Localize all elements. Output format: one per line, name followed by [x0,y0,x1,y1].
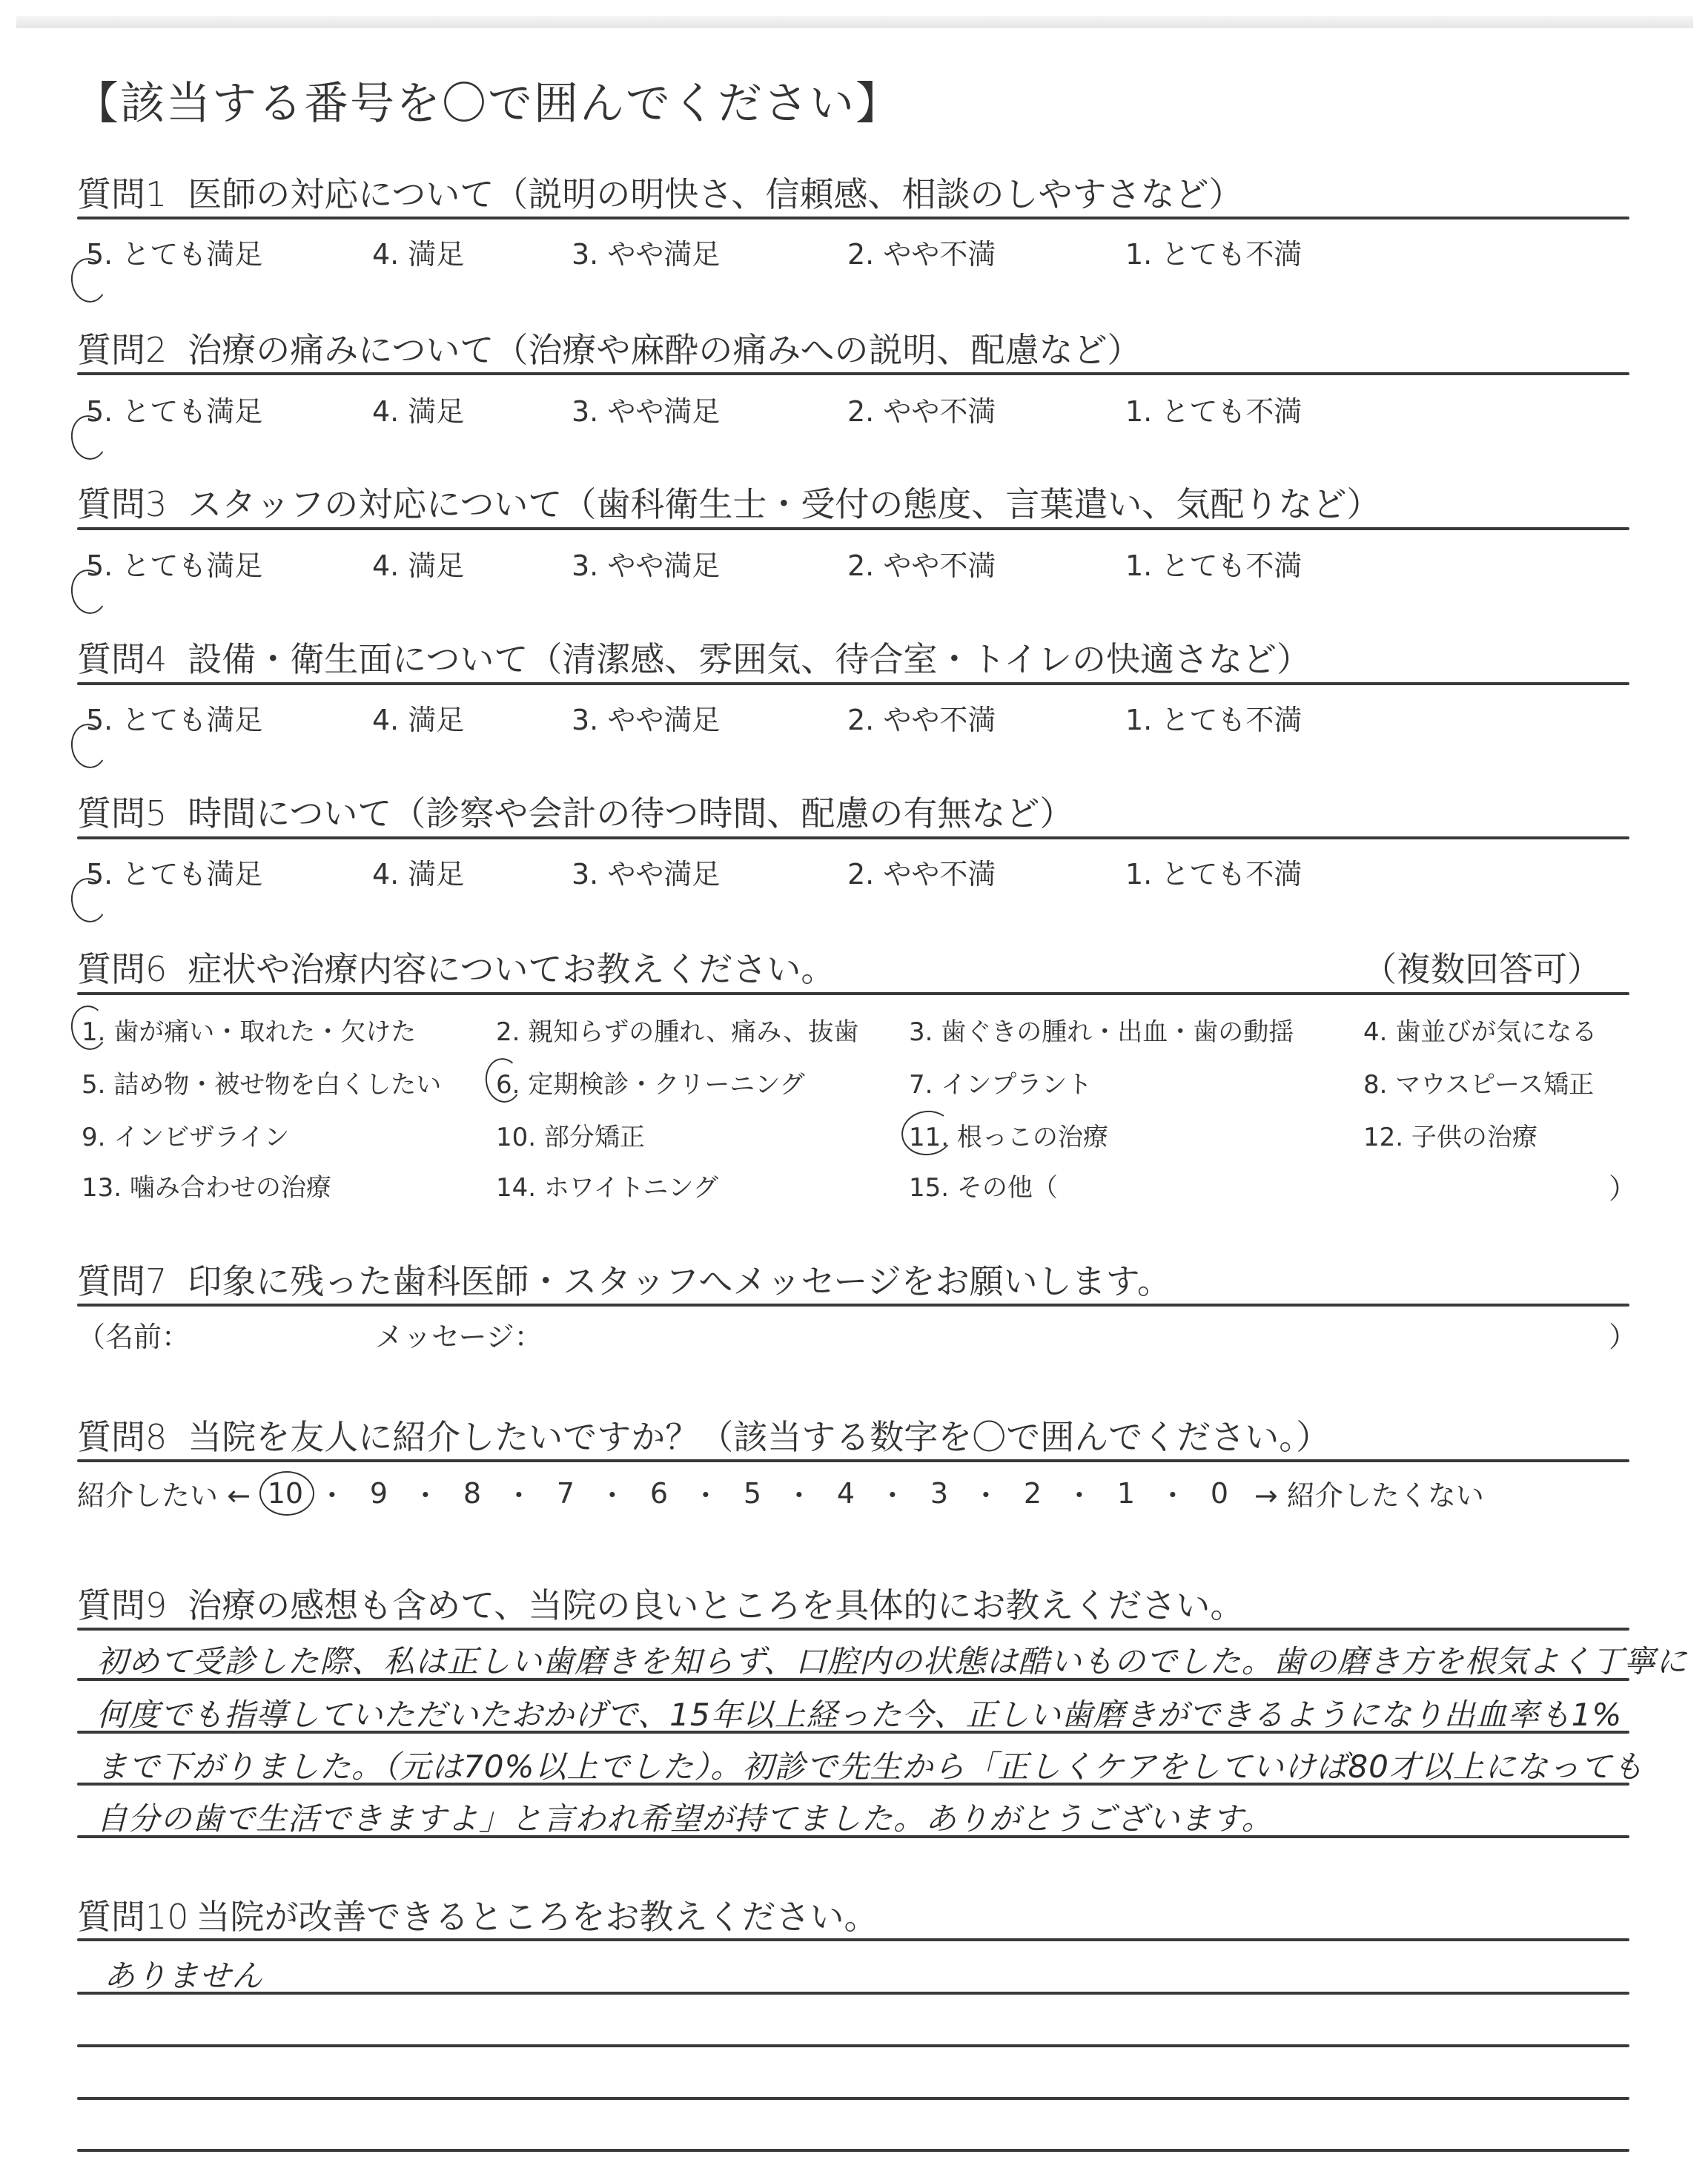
option-label: 4. 満足 [372,549,464,582]
recommend-left-label: 紹介したい ← [77,1473,251,1513]
option-label: 1. とても不満 [1125,395,1302,428]
q6-option-3[interactable]: 3. 歯ぐきの腫れ・出血・歯の動揺 [909,1011,1294,1048]
q1-option-4[interactable]: 4. 満足 [372,231,464,272]
answer-line [77,1678,1629,1681]
scale-6[interactable]: 6 [636,1477,682,1510]
option-label: 3. やや満足 [572,238,720,271]
option-label: 3. やや満足 [572,395,720,428]
option-label: 部分矯正 [544,1123,645,1152]
question-label: 質問9 [77,1585,167,1625]
scale-8[interactable]: 8 [449,1477,495,1510]
answer-line [77,1992,1629,1995]
question-8-heading: 質問8当院を友人に紹介したいですか？（該当する数字を〇で囲んでください。） [77,1410,1330,1459]
q6-option-11[interactable]: 11. 根っこの治療 [909,1117,1108,1153]
question-4-underline [77,682,1629,685]
question-text: 症状や治療内容についてお教えください。 [188,949,835,989]
answer-line [77,1835,1629,1838]
q5-option-1[interactable]: 1. とても不満 [1125,851,1302,892]
option-label: 2. やや不満 [847,549,996,582]
option-label: 歯並びが気になる [1395,1017,1597,1047]
q4-option-5[interactable]: 5. とても満足 [82,697,262,738]
option-label: 2. やや不満 [847,858,996,891]
scale-10[interactable]: 10 [262,1477,308,1510]
q3-option-4[interactable]: 4. 満足 [372,543,464,584]
separator: ・ [962,1473,1010,1513]
multiple-answer-note: （複数回答可） [1363,942,1601,991]
scale-4[interactable]: 4 [823,1477,869,1510]
separator: ・ [869,1473,916,1513]
answer-line [77,1731,1629,1734]
recommend-scale: 紹介したい ← 10 ・ 9 ・ 8 ・ 7 ・ 6 ・ 5 ・ 4 ・ 3 ・… [77,1473,1484,1513]
question-label: 質問10 [77,1897,189,1937]
q3-option-5[interactable]: 5. とても満足 [82,543,262,584]
separator: ・ [308,1473,356,1513]
option-label: 5. とても満足 [86,858,262,891]
option-label: 1. とても不満 [1125,238,1302,271]
scale-9[interactable]: 9 [356,1477,402,1510]
option-label: 親知らずの腫れ、痛み、抜歯 [528,1017,858,1047]
scale-0[interactable]: 0 [1196,1477,1242,1510]
other-close-paren: ） [1609,1166,1637,1206]
option-label: 4. 満足 [372,858,464,891]
option-label: 3. やや満足 [572,858,720,891]
answer-line [77,1783,1629,1786]
q4-option-3[interactable]: 3. やや満足 [572,697,720,738]
q6-option-15-other[interactable]: 15. その他（ [909,1167,1058,1203]
separator: ・ [1056,1473,1103,1513]
option-label: 2. やや不満 [847,238,996,271]
q6-option-9[interactable]: 9. インビザライン [82,1117,289,1153]
q6-option-5[interactable]: 5. 詰め物・被せ物を白くしたい [82,1064,441,1100]
question-8-underline [77,1459,1629,1462]
option-label: 歯が痛い・取れた・欠けた [113,1017,416,1047]
option-label: 3. やや満足 [572,704,720,736]
scale-5[interactable]: 5 [729,1477,775,1510]
answer-line [77,2149,1629,2152]
option-label: 詰め物・被せ物を白くしたい [113,1070,441,1100]
question-1-heading: 質問1医師の対応について（説明の明快さ、信頼感、相談のしやすさなど） [77,168,1243,217]
option-number: 4. [1363,1017,1387,1047]
option-number: 14. [496,1173,536,1203]
question-text: スタッフの対応について（歯科衛生士・受付の態度、言葉遣い、気配りなど） [188,484,1380,524]
question-label: 質問6 [77,949,167,989]
answer-line [77,2044,1629,2047]
option-label: 4. 満足 [372,238,464,271]
question-label: 質問5 [77,793,167,833]
question-text: 当院が改善できるところをお教えください。 [196,1897,878,1937]
option-label: 子供の治療 [1411,1123,1537,1152]
q4-option-1[interactable]: 1. とても不満 [1125,697,1302,738]
option-label: 5. とても満足 [86,704,262,736]
message-field-label[interactable]: メッセージ： [375,1314,543,1355]
option-label: ホワイトニング [544,1173,718,1203]
option-number: 5. [82,1070,105,1100]
question-text: 治療の痛みについて（治療や麻酔の痛みへの説明、配慮など） [188,330,1141,370]
scale-2[interactable]: 2 [1010,1477,1056,1510]
q6-option-4[interactable]: 4. 歯並びが気になる [1363,1011,1597,1048]
question-text: 設備・衛生面について（清潔感、雰囲気、待合室・トイレの快適さなど） [188,639,1311,679]
q1-option-1[interactable]: 1. とても不満 [1125,231,1302,272]
question-label: 質問4 [77,639,167,679]
question-5-underline [77,836,1629,839]
question-text: 治療の感想も含めて、当院の良いところを具体的にお教えください。 [188,1585,1244,1625]
separator: ・ [589,1473,636,1513]
q2-option-1[interactable]: 1. とても不満 [1125,389,1302,429]
question-7-heading: 質問7印象に残った歯科医師・スタッフへメッセージをお願いします。 [77,1255,1171,1304]
separator: ・ [775,1473,823,1513]
q1-option-2[interactable]: 2. やや不満 [847,231,996,272]
scale-7[interactable]: 7 [543,1477,589,1510]
scale-3[interactable]: 3 [916,1477,962,1510]
q1-option-5[interactable]: 5. とても満足 [82,231,262,272]
separator: ・ [495,1473,543,1513]
name-field-label[interactable]: （名前： [77,1314,190,1355]
option-number: 3. [909,1017,933,1047]
q6-option-8[interactable]: 8. マウスピース矯正 [1363,1064,1594,1100]
option-label: マウスピース矯正 [1395,1070,1594,1100]
separator: ・ [1149,1473,1196,1513]
answer-line [77,1938,1629,1941]
q3-option-3[interactable]: 3. やや満足 [572,543,720,584]
page-title: 【該当する番号を〇で囲んでください】 [74,68,901,132]
option-label: 根っこの治療 [957,1123,1108,1152]
q5-option-4[interactable]: 4. 満足 [372,851,464,892]
option-label: インプラント [941,1070,1092,1100]
handwritten-answer-line[interactable]: 何度でも指導していただいたおかげで、15年以上経った今、正しい歯磨きができるよう… [96,1691,1622,1735]
q4-option-4[interactable]: 4. 満足 [372,697,464,738]
question-3-heading: 質問3スタッフの対応について（歯科衛生士・受付の態度、言葉遣い、気配りなど） [77,478,1380,526]
separator: ・ [402,1473,449,1513]
option-number: 9. [82,1123,105,1152]
scale-1[interactable]: 1 [1103,1477,1149,1510]
option-label: 4. 満足 [372,704,464,736]
q5-option-5[interactable]: 5. とても満足 [82,851,262,892]
question-text: 時間について（診察や会計の待つ時間、配慮の有無など） [188,793,1073,833]
question-text: 当院を友人に紹介したいですか？（該当する数字を〇で囲んでください。） [188,1417,1330,1457]
q5-option-2[interactable]: 2. やや不満 [847,851,996,892]
q2-option-5[interactable]: 5. とても満足 [82,389,262,429]
question-label: 質問7 [77,1261,167,1301]
question-2-underline [77,372,1629,375]
option-label: 噛み合わせの治療 [130,1173,331,1203]
q3-option-1[interactable]: 1. とても不満 [1125,543,1302,584]
option-number: 8. [1363,1070,1387,1100]
option-number: 7. [909,1070,933,1100]
option-label: 1. とても不満 [1125,549,1302,582]
question-2-heading: 質問2治療の痛みについて（治療や麻酔の痛みへの説明、配慮など） [77,323,1141,372]
question-label: 質問8 [77,1417,167,1457]
question-label: 質問1 [77,174,167,214]
option-label: 1. とても不満 [1125,858,1302,891]
option-label: 2. やや不満 [847,704,996,736]
question-10-heading: 質問10当院が改善できるところをお教えください。 [77,1890,878,1939]
option-label: 歯ぐきの腫れ・出血・歯の動揺 [941,1017,1294,1047]
option-label: 定期検診・クリーニング [528,1070,804,1100]
q6-option-12[interactable]: 12. 子供の治療 [1363,1117,1537,1153]
q2-option-3[interactable]: 3. やや満足 [572,389,720,429]
handwritten-answer-line[interactable]: ありません [104,1952,263,1996]
q6-option-14[interactable]: 14. ホワイトニング [496,1167,718,1203]
option-label: 2. やや不満 [847,395,996,428]
option-label: 3. やや満足 [572,549,720,582]
handwritten-answer-line[interactable]: まで下がりました。（元は70%以上でした）。初診で先生から「正しくケアをしていけ… [96,1743,1644,1787]
option-label: 4. 満足 [372,395,464,428]
option-label: 5. とても満足 [86,395,262,428]
option-number: 12. [1363,1123,1403,1152]
q6-option-13[interactable]: 13. 噛み合わせの治療 [82,1167,331,1203]
question-4-heading: 質問4設備・衛生面について（清潔感、雰囲気、待合室・トイレの快適さなど） [77,633,1311,681]
question-1-underline [77,217,1629,219]
question-label: 質問3 [77,484,167,524]
option-number: 13. [82,1173,122,1203]
separator: ・ [682,1473,729,1513]
answer-line [77,2097,1629,2100]
question-9-heading: 質問9治療の感想も含めて、当院の良いところを具体的にお教えください。 [77,1579,1244,1628]
question-text: 印象に残った歯科医師・スタッフへメッセージをお願いします。 [188,1261,1171,1301]
q6-option-7[interactable]: 7. インプラント [909,1064,1092,1100]
q4-option-2[interactable]: 2. やや不満 [847,697,996,738]
q6-option-6[interactable]: 6. 定期検診・クリーニング [496,1064,805,1100]
q3-option-2[interactable]: 2. やや不満 [847,543,996,584]
option-label: インビザライン [113,1123,289,1152]
option-number: 10. [496,1123,536,1152]
handwritten-answer-line[interactable]: 初めて受診した際、私は正しい歯磨きを知らず、口腔内の状態は酷いものでした。歯の磨… [96,1637,1688,1682]
q6-option-10[interactable]: 10. 部分矯正 [496,1117,645,1153]
q1-option-3[interactable]: 3. やや満足 [572,231,720,272]
option-label: 1. とても不満 [1125,704,1302,736]
question-3-underline [77,527,1629,530]
answer-line [77,1628,1629,1631]
q2-option-4[interactable]: 4. 満足 [372,389,464,429]
option-label: その他（ [957,1173,1058,1203]
recommend-right-label: → 紹介したくない [1254,1473,1484,1513]
question-label: 質問2 [77,330,167,370]
q2-option-2[interactable]: 2. やや不満 [847,389,996,429]
option-label: 5. とても満足 [86,238,262,271]
option-number: 2. [496,1017,520,1047]
q6-option-1[interactable]: 1. 歯が痛い・取れた・欠けた [82,1011,416,1048]
scan-top-edge [16,16,1693,28]
q5-option-3[interactable]: 3. やや満足 [572,851,720,892]
question-7-underline [77,1304,1629,1307]
question-5-heading: 質問5時間について（診察や会計の待つ時間、配慮の有無など） [77,787,1073,836]
question-6-underline [77,992,1629,995]
message-close-paren: ） [1609,1314,1637,1355]
option-number: 15. [909,1173,949,1203]
option-label: 5. とても満足 [86,549,262,582]
question-6-heading: 質問6症状や治療内容についてお教えください。 [77,942,835,991]
question-text: 医師の対応について（説明の明快さ、信頼感、相談のしやすさなど） [188,174,1242,214]
handwritten-answer-line[interactable]: 自分の歯で生活できますよ」と言われ希望が持てました。ありがとうございます。 [96,1794,1274,1839]
q6-option-2[interactable]: 2. 親知らずの腫れ、痛み、抜歯 [496,1011,858,1048]
